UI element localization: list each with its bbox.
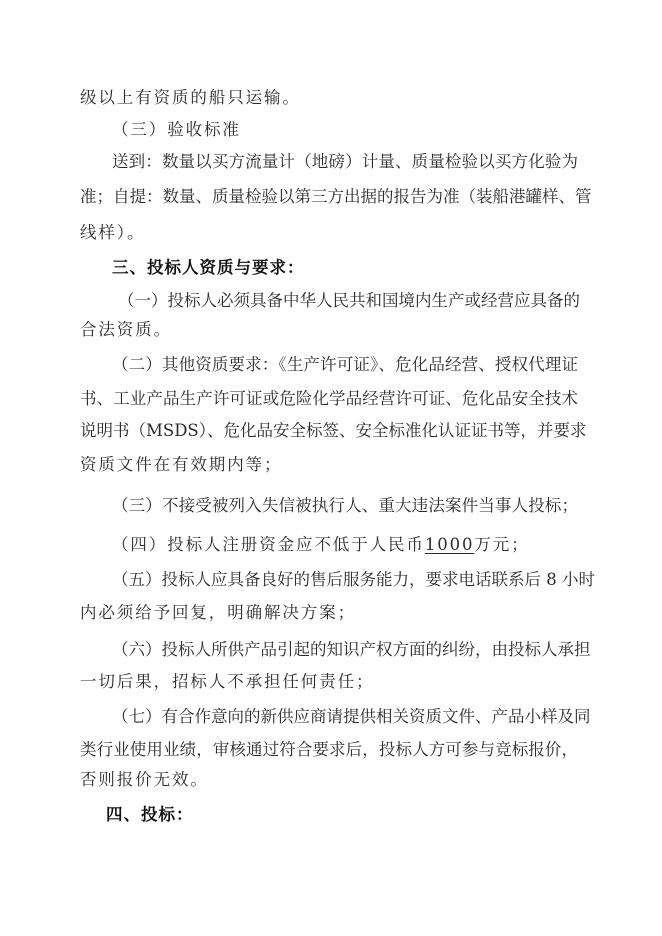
paragraph-line: 线样）。 — [80, 223, 578, 243]
paragraph-line: 准；自提：数量、质量检验以第三方出据的报告为准（装船港罐样、管 — [80, 187, 578, 207]
paragraph-line: （五）投标人应具备良好的售后服务能力，要求电话联系后 8 小时 — [112, 570, 578, 590]
paragraph-line: 送到：数量以买方流量计（地磅）计量、质量检验以买方化验为 — [112, 152, 578, 172]
paragraph-line: 级以上有资质的船只运输。 — [80, 88, 578, 108]
section-heading: 四、投标： — [106, 805, 604, 825]
subsection-heading: （三）验收标准 — [112, 120, 610, 140]
paragraph-line: 类行业使用业绩，审核通过符合要求后，投标人方可参与竞标报价， — [80, 740, 578, 760]
paragraph-line: 书、工业产品生产许可证或危险化学品经营许可证、危化品安全技术 — [80, 389, 578, 409]
paragraph-line: 否则报价无效。 — [80, 770, 578, 790]
paragraph-line: （七）有合作意向的新供应商请提供相关资质文件、产品小样及同 — [112, 707, 578, 727]
paragraph-line: （六）投标人所供产品引起的知识产权方面的纠纷，由投标人承担 — [112, 640, 578, 660]
paragraph-line: （二）其他资质要求：《生产许可证》、危化品经营、授权代理证 — [112, 355, 578, 375]
paragraph-line: 内必须给予回复，明确解决方案； — [80, 603, 578, 623]
paragraph-line: （一）投标人必须具备中华人民共和国境内生产或经营应具备的 — [118, 291, 578, 311]
section-heading: 三、投标人资质与要求： — [112, 258, 610, 278]
text-segment: 万元； — [474, 535, 529, 554]
paragraph-line: 资质文件在有效期内等； — [80, 455, 578, 475]
text-segment: （四）投标人注册资金应不低于人民币 — [112, 535, 425, 554]
paragraph-line: 合法资质。 — [80, 320, 578, 340]
paragraph-line: （四）投标人注册资金应不低于人民币1000万元； — [112, 535, 610, 555]
paragraph-line: 一切后果，招标人不承担任何责任； — [80, 672, 578, 692]
paragraph-line: （三）不接受被列入失信被执行人、重大违法案件当事人投标； — [112, 496, 578, 516]
registered-capital-amount: 1000 — [425, 535, 475, 554]
paragraph-line: 说明书（MSDS）、危化品安全标签、安全标准化认证证书等，并要求 — [80, 421, 578, 441]
